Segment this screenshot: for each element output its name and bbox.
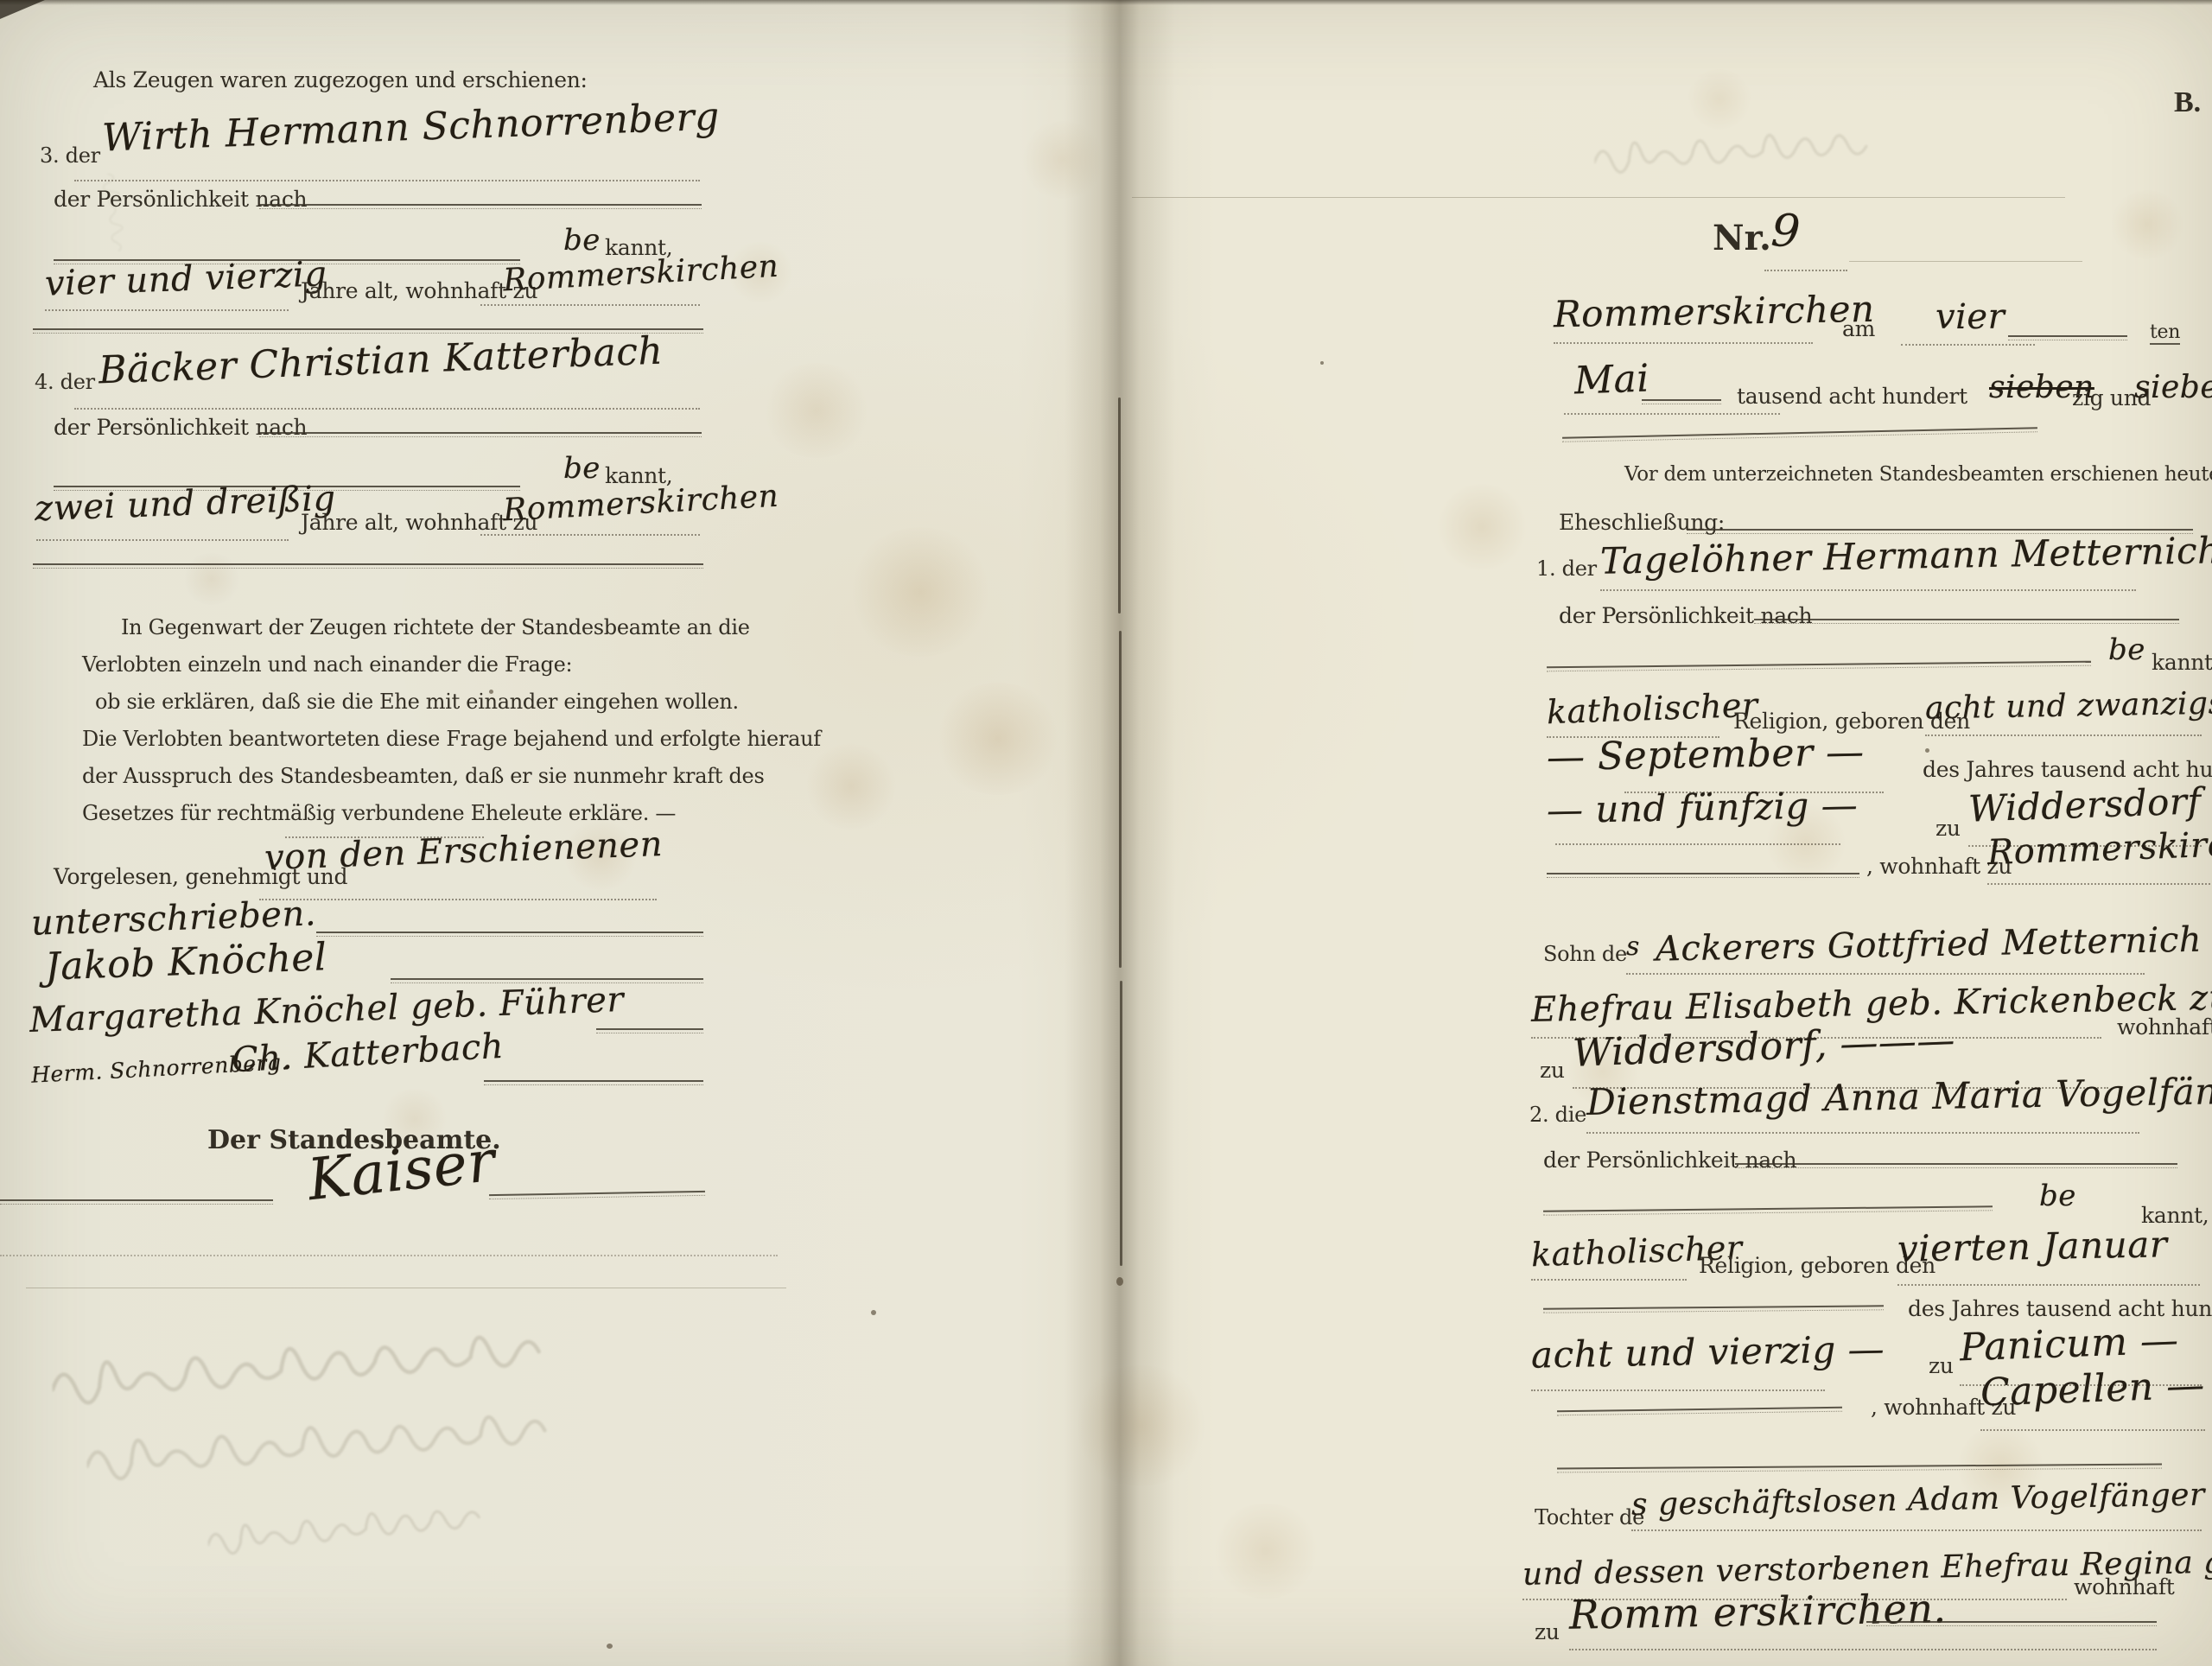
fill-in-underline (1897, 1284, 2200, 1286)
fill-in-underline (1531, 1389, 1825, 1391)
bride-parents-wohnhaft-label: wohnhaft (2074, 1574, 2175, 1599)
ghost-rule (1849, 261, 2082, 262)
bride-parents-place-handwritten: Romm erskirchen. (1569, 1585, 1947, 1638)
ruled-line (259, 204, 702, 206)
ruled-line (2008, 335, 2127, 337)
fill-in-underline (1987, 883, 2210, 885)
record-number-handwritten: 9 (1770, 205, 1802, 258)
dateline-year-printed: tausend acht hundert (1737, 384, 1967, 409)
groom-be-handwritten: be (2108, 633, 2145, 667)
fill-in-underline (1631, 1529, 2202, 1531)
ruled-line (1543, 1205, 1993, 1211)
witness-intro-label: Als Zeugen waren zugezogen und erschiene… (93, 67, 588, 92)
ruled-line (1557, 1464, 2162, 1470)
witness4-be-handwritten: be (563, 451, 601, 486)
witness4-age-label: Jahre alt, wohnhaft zu (301, 510, 537, 535)
bride-be-handwritten: be (2039, 1179, 2076, 1213)
fill-in-underline (1980, 1429, 2205, 1431)
groom-entry-handwritten: Tagelöhner Hermann Metternich — (1600, 528, 2212, 582)
bride-entry-handwritten: Dienstmagd Anna Maria Vogelfänger (1586, 1069, 2212, 1123)
binding-thread-knot (1116, 1277, 1123, 1286)
groom-birthday-handwritten: acht und zwanzigsten (1925, 684, 2212, 726)
photo-top-edge-shadow (0, 0, 2212, 5)
witness3-age-handwritten: vier und vierzig (44, 254, 327, 303)
intro-line2: Eheschließung: (1559, 510, 1725, 535)
dateline-am-label: am (1842, 316, 1875, 341)
declaration-line: In Gegenwart der Zeugen richtete der Sta… (121, 615, 750, 639)
dateline-month-handwritten: Mai (1573, 356, 1650, 403)
binding-thread (1119, 631, 1122, 968)
groom-year-label: des Jahres tausend acht hundert (1923, 757, 2212, 782)
witness3-name-handwritten: Wirth Hermann Schnorrenberg (101, 95, 720, 161)
ruled-line (33, 563, 703, 565)
groom-birthplace-handwritten: Widdersdorf — (1967, 778, 2212, 830)
fill-in-underline (1626, 973, 2145, 975)
dateline-day-handwritten: vier (1935, 297, 2005, 337)
paper-stain (1685, 69, 1754, 130)
fill-in-underline (1600, 589, 2136, 591)
dateline-place-handwritten: Rommerskirchen (1554, 288, 1875, 335)
dateline-ten-label: ten (2150, 321, 2180, 345)
dateline-year-unit-handwritten: sieben (2134, 370, 2212, 405)
bride-parents-prefix: Tochter de (1535, 1505, 1644, 1529)
paper-stain (181, 553, 242, 605)
ruled-line (484, 1080, 703, 1082)
ruled-line (1642, 399, 1721, 401)
declaration-line: Die Verlobten beantworteten diese Frage … (82, 727, 821, 751)
ruled-line (1562, 427, 2037, 439)
declaration-line: der Ausspruch des Standesbeamten, daß er… (82, 764, 764, 788)
ruled-line (1557, 1407, 1842, 1413)
fill-in-underline (480, 304, 700, 306)
fill-in-underline (1925, 734, 2202, 736)
witness3-residence-handwritten: Rommerskirchen (502, 249, 779, 299)
bride-zu-label: zu (1929, 1353, 1954, 1378)
closing-unterschrieben-handwritten: unterschrieben. (30, 893, 316, 943)
paper-stain (1210, 1504, 1322, 1599)
fill-in-underline (1901, 344, 2035, 346)
bleed-through-ghost-text (206, 1481, 615, 1574)
paper-stain (933, 683, 1063, 795)
ruled-line (1547, 873, 1859, 874)
ruled-line (1735, 1163, 2177, 1165)
declaration-line: Verlobten einzeln und nach einander die … (82, 652, 572, 677)
bride-year-label: des Jahres tausend acht hundert (1908, 1296, 2212, 1321)
witness3-age-label: Jahre alt, wohnhaft zu (301, 278, 537, 303)
groom-religion-handwritten: katholischer (1546, 686, 1758, 732)
groom-prefix: 1. der (1536, 556, 1597, 581)
ruled-line (1754, 619, 2179, 620)
bleed-through-ghost-text (50, 1319, 640, 1419)
groom-birthmonth-handwritten: — September — (1547, 730, 1865, 779)
ruled-line (391, 978, 703, 980)
bride-parents-zu-label: zu (1535, 1619, 1560, 1644)
bleed-through-ghost-text (85, 1398, 640, 1496)
fox-speck (871, 1310, 876, 1315)
witness3-be-handwritten: be (563, 223, 601, 258)
ruled-line (596, 1028, 703, 1030)
fill-in-underline (480, 534, 700, 536)
fox-speck (1925, 748, 1929, 753)
bride-birthday-handwritten: vierten Januar (1897, 1223, 2168, 1269)
bride-birthplace-handwritten: Panicum — (1959, 1319, 2179, 1370)
groom-zu-label: zu (1935, 816, 1961, 841)
groom-parents-s-handwritten: s (1626, 932, 1640, 962)
closing-insert-handwritten: von den Erschienenen (264, 824, 663, 878)
witness3-prefix: 3. der (40, 143, 100, 168)
fox-speck (607, 1644, 613, 1649)
bride-prefix: 2. die (1529, 1103, 1586, 1127)
fill-in-underline (36, 539, 289, 541)
paper-stain (804, 743, 899, 830)
witness4-prefix: 4. der (35, 370, 95, 394)
groom-parents-zu-label: zu (1540, 1058, 1565, 1083)
ruled-line (489, 1191, 705, 1196)
page-corner-label: B. (2174, 86, 2201, 119)
ruled-line (1543, 1305, 1884, 1309)
fill-in-underline (45, 309, 289, 311)
signature-jakob-knoechel: Jakob Knöchel (44, 935, 327, 989)
paper-stain (847, 527, 994, 657)
fill-in-underline (1564, 413, 1780, 415)
witness4-residence-handwritten: Rommerskirchen (502, 479, 779, 529)
fill-in-underline (1555, 843, 1840, 845)
ruled-line (0, 1199, 273, 1201)
groom-parents-wohnhaft-label: wohnhaft (2117, 1014, 2212, 1040)
bride-residence-handwritten: Capellen — (1980, 1363, 2205, 1415)
bride-year-handwritten: acht und vierzig — (1531, 1327, 1885, 1376)
declaration-line: ob sie erklären, daß sie die Ehe mit ein… (95, 690, 739, 714)
bleed-through-ghost-text (1593, 113, 2027, 188)
fill-in-underline (1586, 1132, 2139, 1134)
photo-corner-shadow (0, 0, 45, 19)
ruled-line (33, 328, 703, 330)
intro-line1: Vor dem unterzeichneten Standesbeamten e… (1624, 463, 2212, 486)
groom-kannt-label: kannt, (2152, 650, 2212, 675)
fill-in-underline (1554, 342, 1813, 344)
fox-speck (1320, 361, 1324, 365)
declaration-line: Gesetzes für rechtmäßig verbundene Ehele… (82, 801, 676, 825)
witness4-name-handwritten: Bäcker Christian Katterbach (98, 329, 664, 393)
binding-thread (1118, 397, 1121, 614)
fill-in-underline (0, 1255, 778, 1256)
bride-identity-label: der Persönlichkeit nach (1543, 1148, 1796, 1173)
fill-in-underline (74, 408, 700, 410)
fill-in-underline (1764, 270, 1847, 271)
ruled-line (316, 932, 703, 933)
fill-in-underline (259, 899, 657, 900)
paper-stain (760, 363, 873, 458)
fill-in-underline (74, 180, 700, 181)
groom-parents-line1-handwritten: Ackerers Gottfried Metternich und dessen (1656, 916, 2212, 969)
signature-margaretha-knoechel: Margaretha Knöchel geb. Führer (29, 980, 624, 1040)
ghost-rule (1132, 197, 2065, 198)
groom-residence-handwritten: Rommerskirchen (1986, 823, 2212, 873)
registry-book-spread: Als Zeugen waren zugezogen und erschiene… (0, 0, 2212, 1666)
ruled-line (1547, 661, 2091, 669)
binding-thread (1120, 981, 1122, 1266)
signature-katterbach: Ch. Katterbach (231, 1027, 505, 1080)
fill-in-underline (1531, 1279, 1687, 1281)
record-number-label: Nr. (1713, 218, 1771, 258)
ghost-rule (26, 1288, 786, 1288)
paper-stain (1434, 484, 1529, 570)
bride-parents-line1-handwritten: s geschäftslosen Adam Vogelfänger zu Rom… (1631, 1472, 2212, 1523)
fill-in-underline (1569, 1649, 2157, 1650)
groom-parents-prefix: Sohn de (1543, 942, 1627, 966)
ruled-line (259, 432, 702, 434)
groom-identity-label: der Persönlichkeit nach (1559, 603, 1812, 628)
groom-year-handwritten: — und fünfzig — (1547, 784, 1859, 831)
ruled-line (1866, 1621, 2157, 1623)
paper-stain (2108, 190, 2186, 259)
